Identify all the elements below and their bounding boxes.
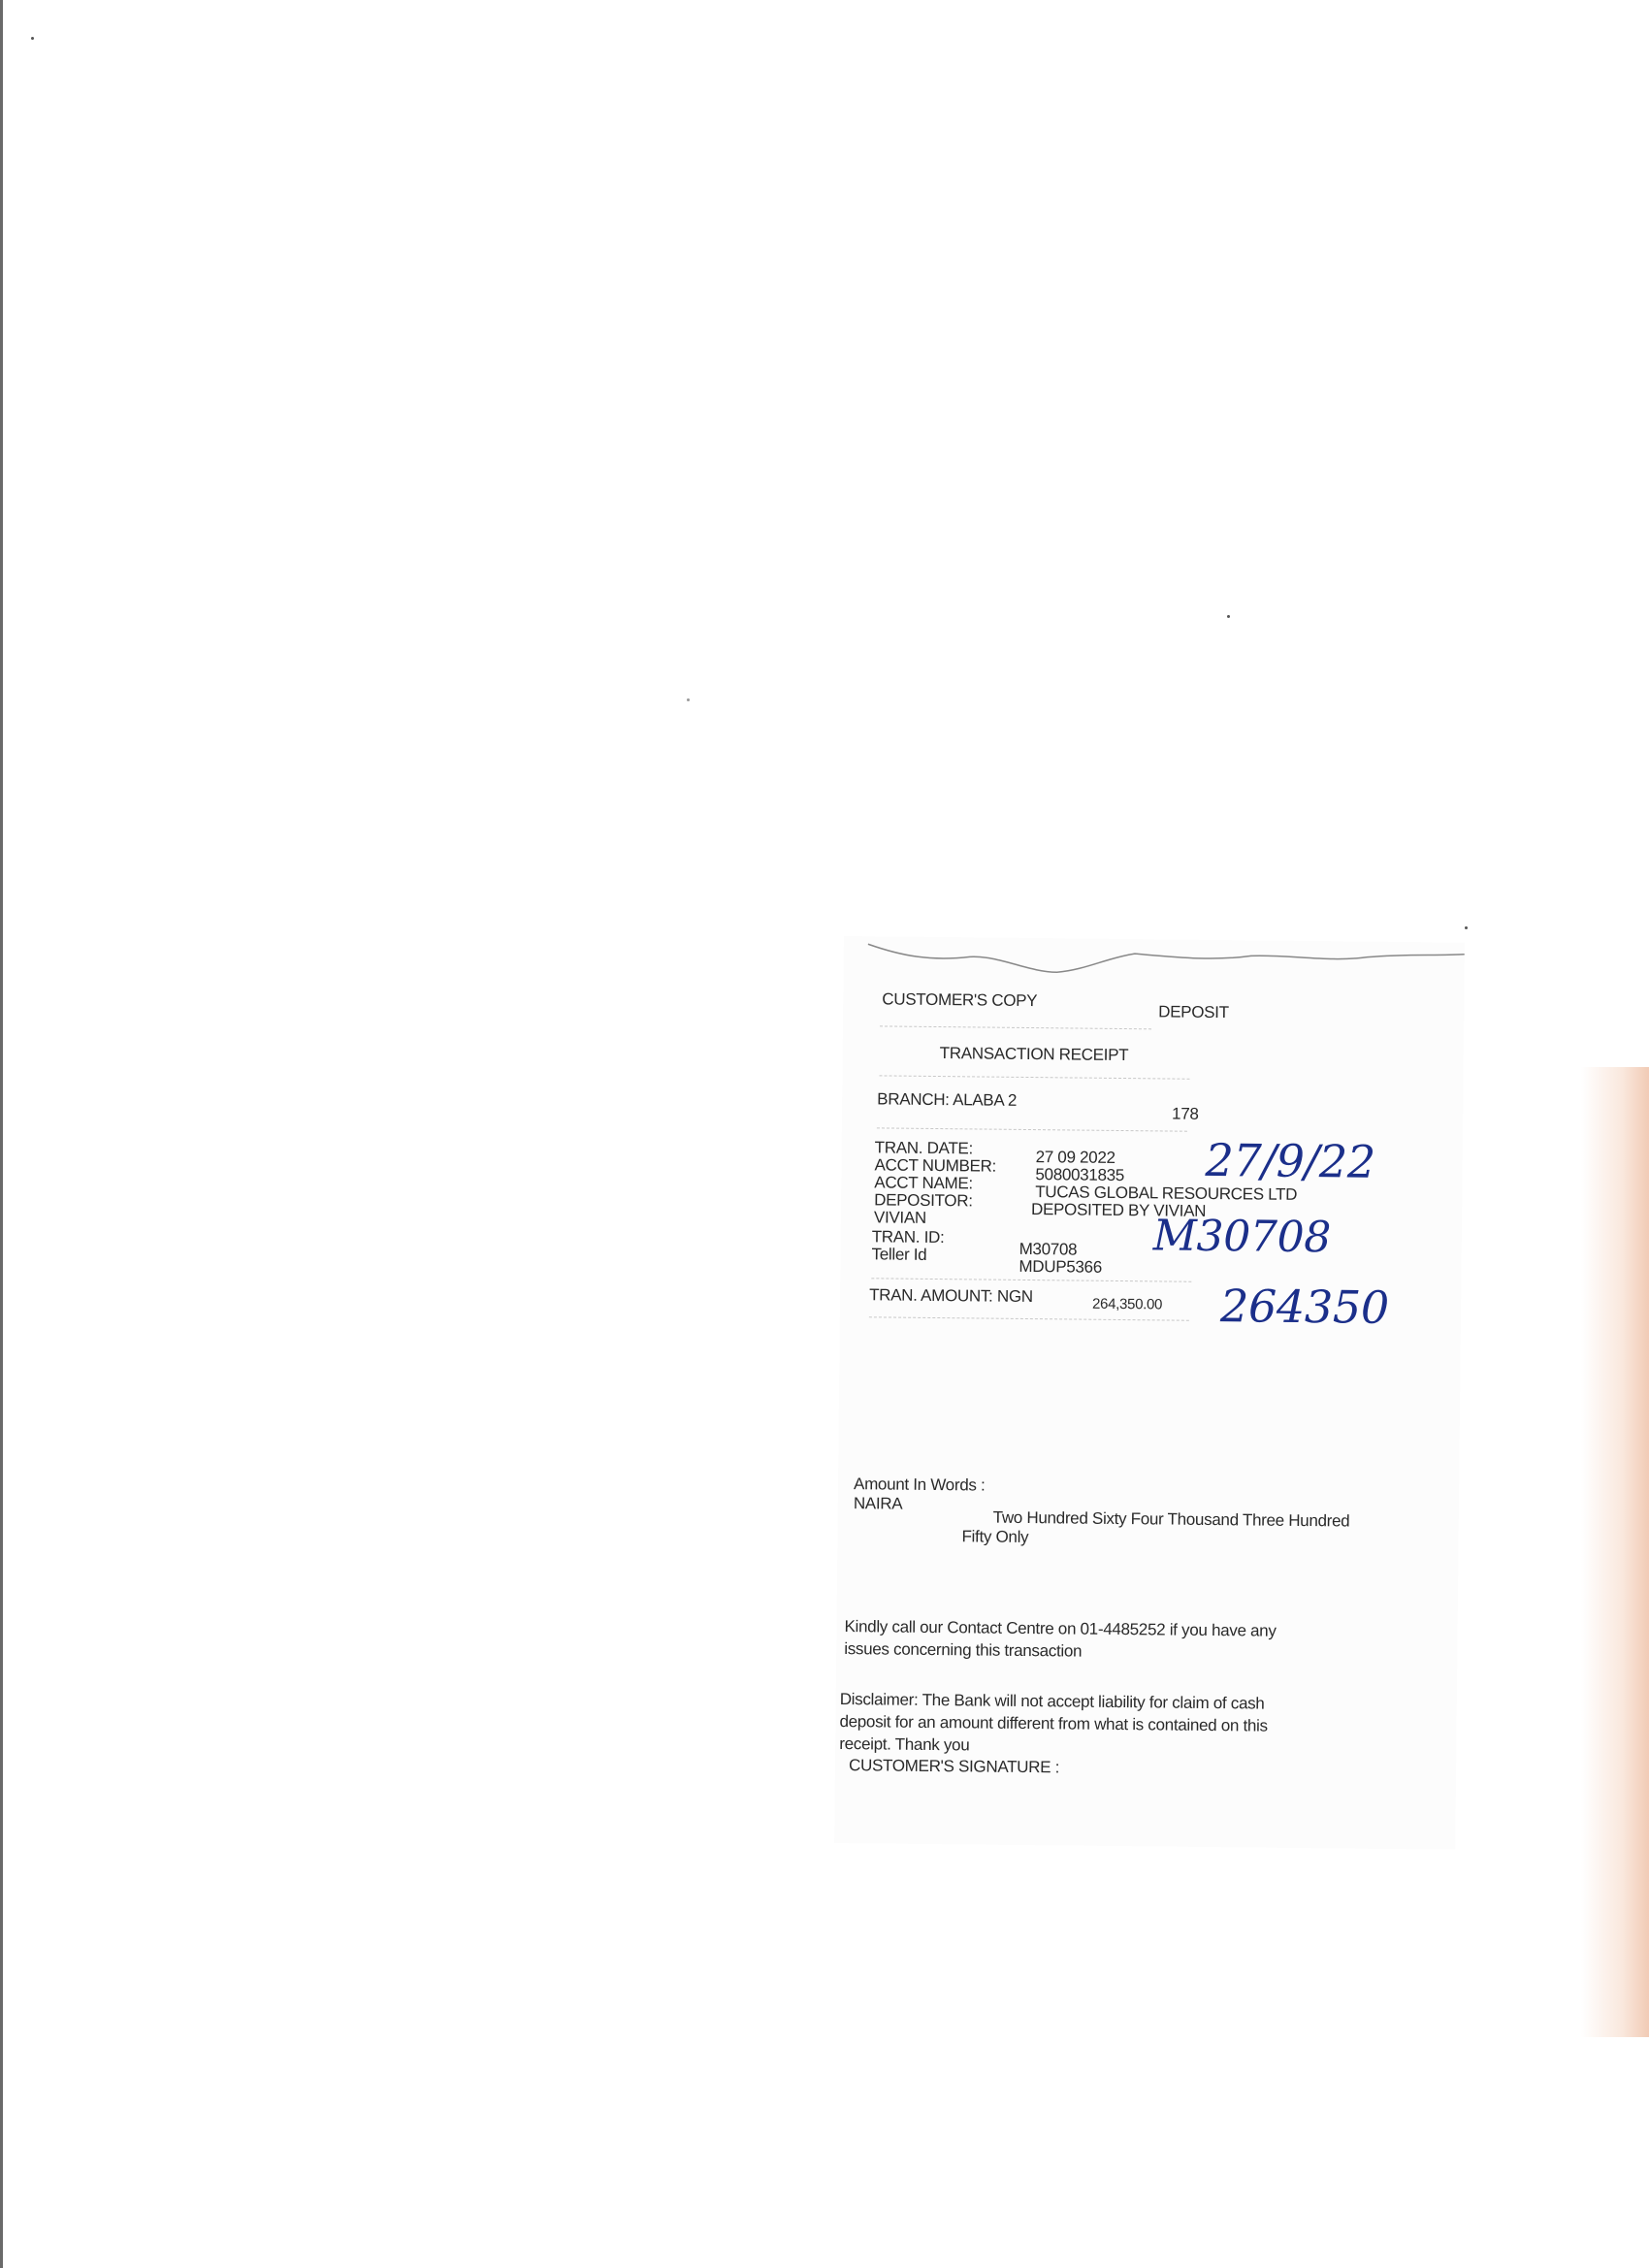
divider (879, 1075, 1189, 1079)
branch-code: 178 (1172, 1105, 1199, 1124)
speck (1465, 926, 1468, 929)
currency-word: NAIRA (854, 1494, 903, 1514)
disclaimer: Disclaimer: The Bank will not accept lia… (839, 1688, 1272, 1760)
field-label-depositor-name: VIVIAN (874, 1208, 926, 1228)
handwritten-tran-id: M30708 (1153, 1211, 1332, 1262)
torn-edge (843, 936, 1464, 991)
speck (31, 37, 34, 40)
signature-label: CUSTOMER'S SIGNATURE : (849, 1756, 1059, 1777)
copy-label: CUSTOMER'S COPY (882, 989, 1037, 1011)
amount-value: 264,350.00 (1092, 1296, 1162, 1313)
speck (687, 698, 690, 701)
divider (871, 1278, 1191, 1281)
contact-note: Kindly call our Contact Centre on 01-448… (844, 1615, 1280, 1665)
paper-stain (1581, 1067, 1649, 2037)
receipt-title: TRANSACTION RECEIPT (940, 1044, 1129, 1065)
branch: BRANCH: ALABA 2 (877, 1089, 1017, 1111)
handwritten-date: 27/9/22 (1205, 1134, 1375, 1188)
handwritten-amount: 264350 (1220, 1280, 1389, 1334)
deposit-receipt: CUSTOMER'S COPY DEPOSIT TRANSACTION RECE… (834, 936, 1465, 1850)
amount-words-line1: Two Hundred Sixty Four Thousand Three Hu… (993, 1508, 1350, 1532)
amount-label: TRAN. AMOUNT: NGN (869, 1285, 1033, 1307)
field-value-teller-id: MDUP5366 (1018, 1257, 1102, 1278)
field-label-teller-id: Teller Id (871, 1245, 926, 1265)
divider (880, 1025, 1151, 1029)
speck (1227, 615, 1230, 618)
transaction-type: DEPOSIT (1158, 1002, 1229, 1022)
amount-words-label: Amount In Words : (854, 1474, 986, 1495)
divider (869, 1316, 1189, 1320)
divider (877, 1127, 1187, 1131)
amount-words-line2: Fifty Only (961, 1527, 1028, 1547)
scan-left-edge (0, 0, 3, 2268)
